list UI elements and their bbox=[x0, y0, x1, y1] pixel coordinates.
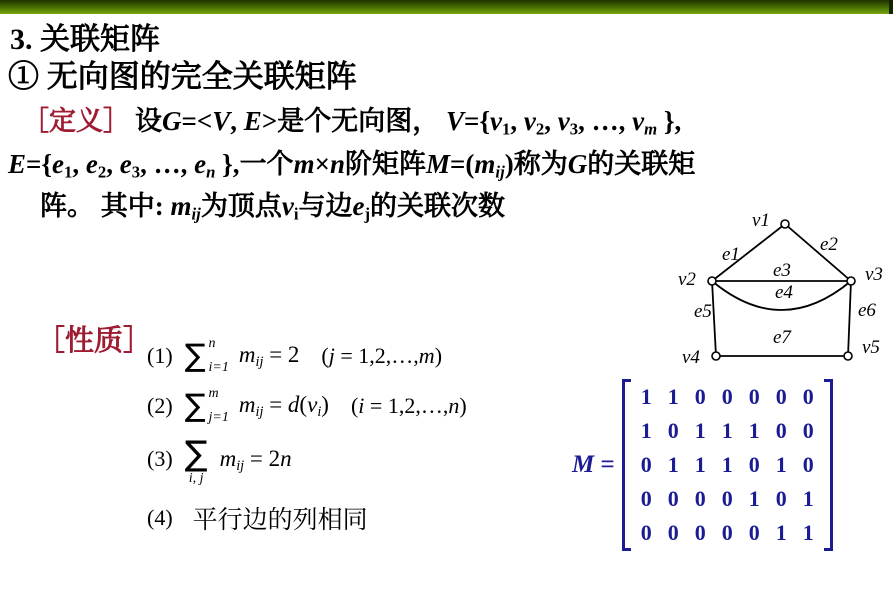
text-run: m bbox=[171, 191, 192, 221]
text-run: 为顶点 bbox=[201, 191, 282, 221]
text-run: ij bbox=[192, 205, 201, 224]
text-run: M bbox=[426, 149, 450, 179]
matrix-cell: 0 bbox=[795, 448, 822, 482]
definition-line-1: ［定义］设G=<V, E>是个无向图， V={v1, v2, v3, …, vm… bbox=[22, 99, 681, 140]
property-2-range: (i = 1,2,…,n) bbox=[351, 393, 467, 419]
text-run: E bbox=[244, 106, 262, 136]
matrix-cell: 1 bbox=[768, 448, 795, 482]
text-run: ={ bbox=[26, 149, 52, 179]
text-run: =< bbox=[182, 106, 213, 136]
text-run: ) bbox=[505, 149, 514, 179]
vertex-v5 bbox=[844, 352, 852, 360]
text-run: M bbox=[572, 451, 594, 478]
vertex-label-v4: v4 bbox=[682, 347, 700, 368]
matrix-row: 1100000 bbox=[633, 380, 822, 414]
text-run: G bbox=[162, 106, 182, 136]
matrix-cell: 0 bbox=[687, 482, 714, 516]
sum-upper-limit: n bbox=[209, 337, 229, 351]
sum-lower-limit: j=1 bbox=[209, 411, 229, 425]
text-run: = bbox=[594, 451, 615, 478]
text-run: 阶矩阵 bbox=[345, 149, 426, 179]
matrix-row: 0000011 bbox=[633, 516, 822, 550]
bar-right-edge bbox=[889, 0, 893, 14]
summation-limits: m j=1 bbox=[209, 385, 229, 427]
property-3-number: (3) bbox=[147, 438, 173, 472]
matrix-cell: 0 bbox=[633, 482, 660, 516]
text-run: , …, bbox=[578, 106, 632, 136]
text-run: , bbox=[72, 149, 86, 179]
text-run: V bbox=[446, 106, 464, 136]
text-run: = 2 bbox=[263, 342, 299, 367]
matrix-cell: 0 bbox=[714, 516, 741, 550]
matrix-cell: 0 bbox=[660, 516, 687, 550]
definition-text-1: 设G=<V, E>是个无向图， V={v1, v2, v3, …, vm }, bbox=[135, 106, 681, 136]
vertex-v2 bbox=[708, 277, 716, 285]
sum-lower-limit: i=1 bbox=[209, 361, 229, 375]
matrix-cell: 0 bbox=[795, 414, 822, 448]
text-run: 3 bbox=[570, 120, 578, 139]
matrix-cell: 0 bbox=[795, 380, 822, 414]
text-run: 3 bbox=[132, 163, 140, 182]
vertex-label-v5: v5 bbox=[862, 337, 880, 358]
text-run: v bbox=[282, 191, 294, 221]
text-run: e bbox=[52, 149, 64, 179]
text-run: = 1,2,…, bbox=[335, 343, 419, 368]
matrix-cell: 1 bbox=[741, 414, 768, 448]
text-run: G bbox=[568, 149, 588, 179]
matrix-cell: 0 bbox=[687, 380, 714, 414]
text-run: 一个 bbox=[240, 149, 294, 179]
text-run: 2 bbox=[536, 120, 544, 139]
matrix-row: 0000101 bbox=[633, 482, 822, 516]
text-run: }, bbox=[657, 106, 681, 136]
property-2-number: (2) bbox=[147, 393, 173, 419]
text-run: m bbox=[239, 342, 256, 367]
text-run: v bbox=[558, 106, 570, 136]
text-run: e bbox=[120, 149, 132, 179]
property-3: (3) ∑ i, j mij = 2n bbox=[147, 438, 292, 487]
property-2: (2) ∑ m j=1 mij = d(vi) (i = 1,2,…,n) bbox=[147, 383, 467, 429]
text-run: = bbox=[263, 392, 287, 417]
text-run: n bbox=[330, 149, 345, 179]
edge-label-e4: e4 bbox=[775, 282, 793, 303]
text-run: 的关联次数 bbox=[370, 191, 505, 221]
property-2-body: mij = d(vi) bbox=[239, 392, 329, 421]
graph-labels: v1 v2 v3 v4 v5 e1 e2 e3 e4 e5 e6 e7 bbox=[678, 210, 883, 368]
edge-e5 bbox=[712, 281, 716, 356]
text-run: 设 bbox=[135, 106, 162, 136]
matrix-cell: 0 bbox=[633, 516, 660, 550]
text-run: v bbox=[524, 106, 536, 136]
slide: 3. 关联矩阵 ① 无向图的完全关联矩阵 ［定义］设G=<V, E>是个无向图，… bbox=[0, 0, 893, 589]
graph-diagram: v1 v2 v3 v4 v5 e1 e2 e3 e4 e5 e6 e7 bbox=[660, 195, 893, 375]
text-run: > bbox=[262, 106, 277, 136]
text-run: ) bbox=[435, 343, 442, 368]
matrix-cell: 1 bbox=[795, 516, 822, 550]
text-run: }, bbox=[215, 149, 239, 179]
text-run: ) bbox=[321, 392, 329, 417]
matrix-cell: 0 bbox=[741, 380, 768, 414]
text-run: , …, bbox=[140, 149, 194, 179]
vertex-v1 bbox=[781, 220, 789, 228]
text-run: V bbox=[212, 106, 230, 136]
property-1: (1) ∑ n i=1 mij = 2 (j = 1,2,…,m) bbox=[147, 333, 442, 379]
vertex-v3 bbox=[847, 277, 855, 285]
edge-label-e5: e5 bbox=[694, 301, 712, 322]
incidence-matrix: M = 11000001011100011101000001010000011 bbox=[572, 379, 833, 551]
text-run: = 1,2,…, bbox=[364, 393, 448, 418]
summation-symbol: ∑ m j=1 bbox=[185, 385, 229, 427]
matrix-cell: 0 bbox=[714, 482, 741, 516]
matrix-cell: 1 bbox=[660, 380, 687, 414]
summation-symbol: ∑ n i=1 bbox=[185, 335, 229, 377]
text-run: E bbox=[8, 149, 26, 179]
definition-line-2: E={e1, e2, e3, …, en },一个m×n阶矩阵M=(mij)称为… bbox=[8, 142, 695, 183]
text-run: d bbox=[288, 392, 300, 417]
matrix-cell: 0 bbox=[741, 516, 768, 550]
matrix-cell: 0 bbox=[768, 482, 795, 516]
text-run: , bbox=[510, 106, 524, 136]
text-run: m bbox=[644, 120, 657, 139]
vertex-label-v2: v2 bbox=[678, 269, 696, 290]
text-run: 的关联矩 bbox=[587, 149, 695, 179]
text-run: ( bbox=[299, 392, 307, 417]
text-run: =( bbox=[450, 149, 474, 179]
text-run: 是个无向图， bbox=[277, 106, 446, 136]
matrix-cell: 1 bbox=[795, 482, 822, 516]
vertex-label-v3: v3 bbox=[865, 264, 883, 285]
edge-e2 bbox=[785, 224, 851, 281]
matrix-label: M = bbox=[572, 451, 615, 479]
text-run: m bbox=[474, 149, 495, 179]
text-run: 阵。 其中: bbox=[40, 191, 171, 221]
matrix-cell: 1 bbox=[660, 448, 687, 482]
text-run: ={ bbox=[464, 106, 490, 136]
sigma-icon: ∑ bbox=[185, 341, 206, 372]
vertex-label-v1: v1 bbox=[752, 210, 770, 231]
vertex-v4 bbox=[712, 352, 720, 360]
matrix-cell: 0 bbox=[660, 414, 687, 448]
property-4-text: 平行边的列相同 bbox=[193, 500, 368, 536]
edge-label-e1: e1 bbox=[722, 244, 740, 265]
text-run: 称为 bbox=[514, 149, 568, 179]
text-run: ij bbox=[236, 458, 244, 474]
matrix-bracket-left bbox=[622, 379, 631, 551]
text-run: , bbox=[230, 106, 244, 136]
text-run: 2 bbox=[98, 163, 106, 182]
matrix-bracket-right bbox=[824, 379, 833, 551]
text-run: 与边 bbox=[298, 191, 352, 221]
text-run: = 2 bbox=[244, 446, 280, 471]
text-run: e bbox=[352, 191, 364, 221]
summation-symbol: ∑ i, j bbox=[185, 438, 208, 487]
text-run: , bbox=[106, 149, 120, 179]
properties-label: ［性质］ bbox=[36, 318, 152, 359]
matrix-cell: 1 bbox=[687, 448, 714, 482]
sigma-icon: ∑ bbox=[185, 391, 206, 422]
text-run: e bbox=[86, 149, 98, 179]
text-run: × bbox=[315, 149, 330, 179]
definition-label: ［定义］ bbox=[22, 106, 130, 136]
matrix-row: 0111010 bbox=[633, 448, 822, 482]
text-run: n bbox=[280, 446, 292, 471]
matrix-cell: 1 bbox=[687, 414, 714, 448]
matrix-grid: 11000001011100011101000001010000011 bbox=[631, 380, 824, 550]
text-run: ij bbox=[495, 163, 504, 182]
sum-below-limit: i, j bbox=[189, 471, 204, 487]
text-run: v bbox=[307, 392, 317, 417]
sigma-icon: ∑ bbox=[185, 438, 208, 470]
text-run: ( bbox=[321, 343, 328, 368]
text-run: m bbox=[419, 343, 435, 368]
matrix-row: 1011100 bbox=[633, 414, 822, 448]
matrix-cell: 1 bbox=[714, 448, 741, 482]
edge-label-e6: e6 bbox=[858, 300, 876, 321]
matrix-cell: 0 bbox=[768, 380, 795, 414]
text-run: m bbox=[294, 149, 315, 179]
matrix-cell: 0 bbox=[714, 380, 741, 414]
matrix-cell: 1 bbox=[768, 516, 795, 550]
matrix-cell: 0 bbox=[687, 516, 714, 550]
edge-label-e7: e7 bbox=[773, 327, 792, 348]
property-4: (4) 平行边的列相同 bbox=[147, 500, 368, 536]
property-3-body: mij = 2n bbox=[220, 438, 292, 475]
text-run: n bbox=[448, 393, 459, 418]
summation-limits: n i=1 bbox=[209, 335, 229, 377]
matrix-cell: 0 bbox=[633, 448, 660, 482]
text-run: ) bbox=[459, 393, 466, 418]
matrix-cell: 1 bbox=[714, 414, 741, 448]
section-heading: ① 无向图的完全关联矩阵 bbox=[8, 51, 357, 96]
property-4-number: (4) bbox=[147, 505, 173, 531]
edge-label-e3: e3 bbox=[773, 260, 791, 281]
matrix-cell: 0 bbox=[741, 448, 768, 482]
edge-e6 bbox=[848, 281, 851, 356]
text-run: m bbox=[239, 392, 256, 417]
text-run: v bbox=[632, 106, 644, 136]
matrix-cell: 1 bbox=[633, 380, 660, 414]
property-1-body: mij = 2 bbox=[239, 342, 300, 371]
property-1-range: (j = 1,2,…,m) bbox=[321, 343, 442, 369]
text-run: e bbox=[194, 149, 206, 179]
matrix-cell: 1 bbox=[741, 482, 768, 516]
text-run: v bbox=[490, 106, 502, 136]
definition-line-3: 阵。 其中: mij为顶点vi与边ej的关联次数 bbox=[40, 184, 505, 225]
matrix-cell: 1 bbox=[633, 414, 660, 448]
text-run: m bbox=[220, 446, 237, 471]
property-1-number: (1) bbox=[147, 343, 173, 369]
text-run: , bbox=[544, 106, 558, 136]
matrix-cell: 0 bbox=[660, 482, 687, 516]
sum-upper-limit: m bbox=[209, 387, 229, 401]
top-gradient-bar bbox=[0, 0, 893, 14]
matrix-cell: 0 bbox=[768, 414, 795, 448]
edge-label-e2: e2 bbox=[820, 234, 838, 255]
